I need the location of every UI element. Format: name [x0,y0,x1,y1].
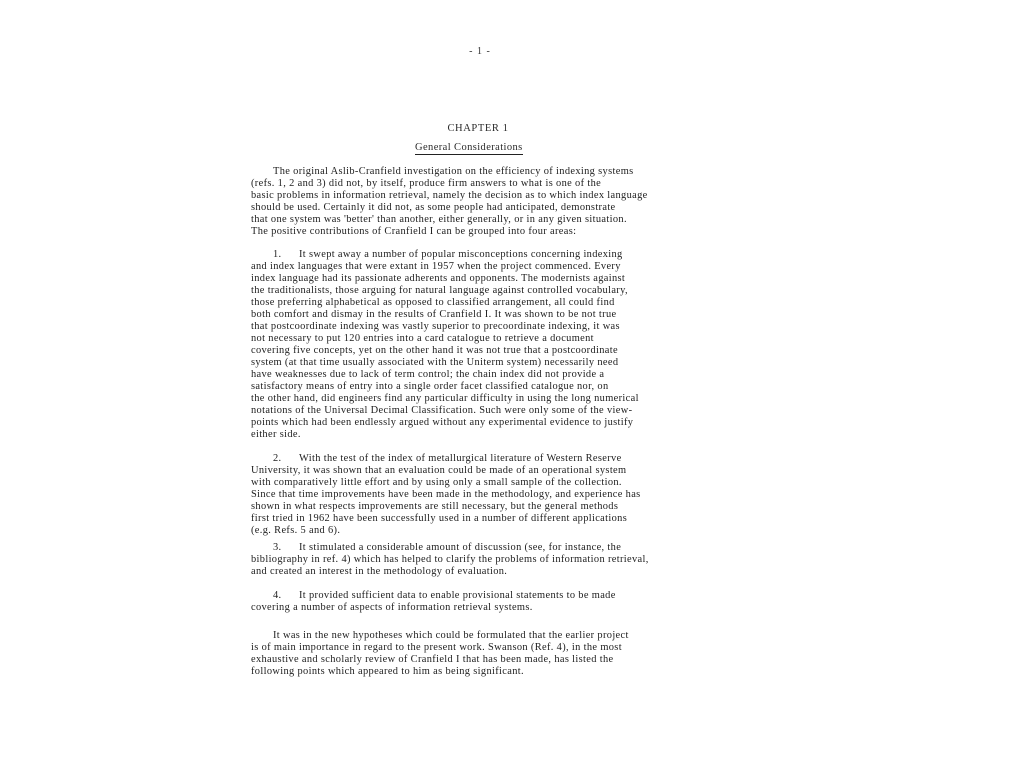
text-line: shown in what respects improvements are … [251,501,721,513]
text-line: system (at that time usually associated … [251,357,721,369]
page-number: - 1 - [0,46,960,57]
text-line: either side. [251,429,721,441]
text-line: 3.It stimulated a considerable amount of… [251,542,721,554]
text-line: the traditionalists, those arguing for n… [251,285,721,297]
text-line: that postcoordinate indexing was vastly … [251,321,721,333]
text-line: covering five concepts, yet on the other… [251,345,721,357]
text-line: exhaustive and scholarly review of Cranf… [251,654,721,666]
text-line-content: It provided sufficient data to enable pr… [299,590,616,601]
text-line: bibliography in ref. 4) which has helped… [251,554,721,566]
scanned-document-page: - 1 - CHAPTER 1 General Considerations T… [0,0,1024,768]
text-line: (refs. 1, 2 and 3) did not, by itself, p… [251,178,721,190]
text-line: not necessary to put 120 entries into a … [251,333,721,345]
text-line: satisfactory means of entry into a singl… [251,381,721,393]
point-1-paragraph: 1.It swept away a number of popular misc… [251,249,721,441]
chapter-heading: CHAPTER 1 [0,123,956,134]
point-number: 2. [273,453,299,465]
chapter-subtitle: General Considerations [415,141,523,155]
text-line: the other hand, did engineers find any p… [251,393,721,405]
point-4-paragraph: 4.It provided sufficient data to enable … [251,590,721,614]
text-line: with comparatively little effort and by … [251,477,721,489]
text-line: and created an interest in the methodolo… [251,566,721,578]
text-line: and index languages that were extant in … [251,261,721,273]
text-line: Since that time improvements have been m… [251,489,721,501]
text-line: both comfort and dismay in the results o… [251,309,721,321]
text-line: first tried in 1962 have been successful… [251,513,721,525]
text-line: that one system was 'better' than anothe… [251,214,721,226]
text-line: should be used. Certainly it did not, as… [251,202,721,214]
text-line: is of main importance in regard to the p… [251,642,721,654]
text-line: It was in the new hypotheses which could… [251,630,721,642]
point-number: 4. [273,590,299,602]
text-line: University, it was shown that an evaluat… [251,465,721,477]
text-line: covering a number of aspects of informat… [251,602,721,614]
text-line-content: It swept away a number of popular miscon… [299,249,623,260]
text-line: The original Aslib-Cranfield investigati… [251,166,721,178]
text-line: basic problems in information retrieval,… [251,190,721,202]
text-line: 4.It provided sufficient data to enable … [251,590,721,602]
point-3-paragraph: 3.It stimulated a considerable amount of… [251,542,721,578]
text-line: 2.With the test of the index of metallur… [251,453,721,465]
text-line: (e.g. Refs. 5 and 6). [251,525,721,537]
text-line: 1.It swept away a number of popular misc… [251,249,721,261]
text-line: have weaknesses due to lack of term cont… [251,369,721,381]
text-line: following points which appeared to him a… [251,666,721,678]
text-line: The positive contributions of Cranfield … [251,226,721,238]
text-line-content: It stimulated a considerable amount of d… [299,542,621,553]
text-line-content: With the test of the index of metallurgi… [299,453,622,464]
text-line: index language had its passionate adhere… [251,273,721,285]
point-number: 3. [273,542,299,554]
text-line: those preferring alphabetical as opposed… [251,297,721,309]
closing-paragraph: It was in the new hypotheses which could… [251,630,721,678]
point-number: 1. [273,249,299,261]
point-2-paragraph: 2.With the test of the index of metallur… [251,453,721,537]
text-line: points which had been endlessly argued w… [251,417,721,429]
intro-paragraph: The original Aslib-Cranfield investigati… [251,166,721,238]
text-line: notations of the Universal Decimal Class… [251,405,721,417]
